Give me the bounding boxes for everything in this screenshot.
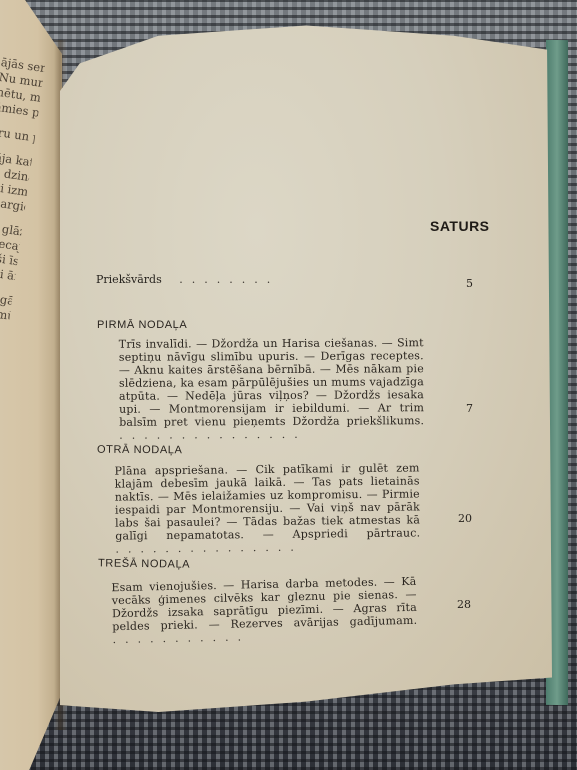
chapter-2-summary: Plāna apspriešana. — Cik patīkami ir gul… [115, 461, 421, 555]
chapter-3-title[interactable]: TREŠĀ NODAĻA [98, 557, 190, 570]
chapter-2-title[interactable]: OTRĀ NODAĻA [97, 444, 183, 457]
dot-leader: ........... [112, 630, 250, 646]
chapter-1-title[interactable]: PIRMĀ NODAĻA [97, 319, 187, 331]
chapter-1-page-number: 7 [466, 402, 473, 415]
toc-entry-preface[interactable]: Priekšvārds ........ [96, 273, 279, 286]
chapter-1-summary: Trīs invalīdi. — Džordža un Harisa cieša… [119, 336, 425, 442]
chapter-3-page-number: 28 [457, 598, 471, 611]
chapter-2-page-number: 20 [458, 512, 472, 525]
dot-leader: ............... [115, 541, 303, 556]
left-page-text: ājās semNu mumsnētu, mēsāmies pa-āru un … [0, 55, 61, 326]
contents-page: SATURS Priekšvārds ........ 5 PIRMĀ NODA… [60, 22, 552, 712]
preface-label: Priekšvārds [96, 273, 162, 286]
left-page: ājās semNu mumsnētu, mēsāmies pa-āru un … [0, 0, 62, 770]
dot-leader: ............... [119, 428, 307, 442]
dot-leader: ........ [179, 273, 279, 286]
contents-heading: SATURS [430, 218, 490, 234]
chapter-3-summary: Esam vienojušies. — Harisa darba metodes… [111, 575, 417, 646]
preface-page-number: 5 [466, 277, 473, 290]
